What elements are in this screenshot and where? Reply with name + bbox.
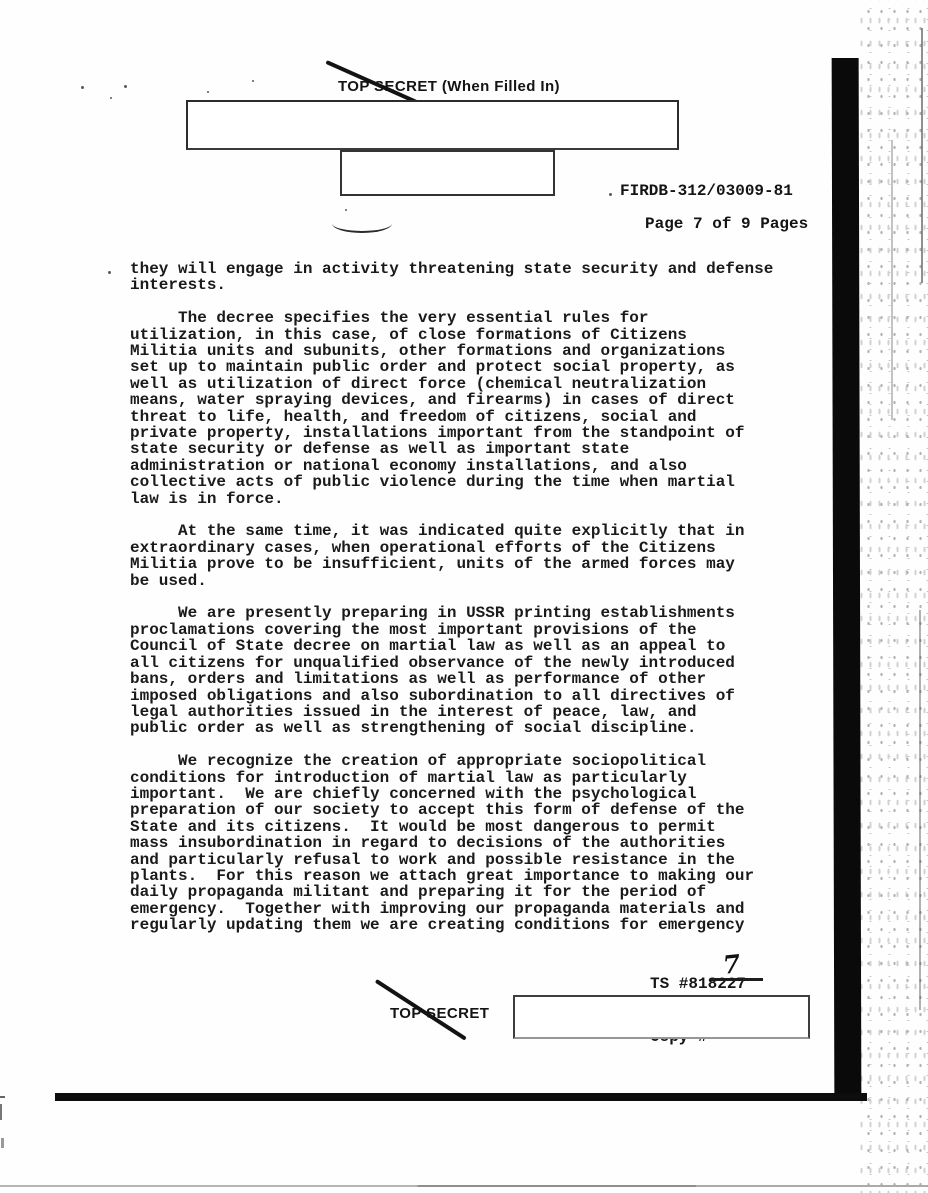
handwritten-curve-mark xyxy=(332,214,392,233)
footer-stamp-box xyxy=(513,995,810,1039)
copy-number-handwritten: 7 xyxy=(722,949,742,980)
bottom-rule-bar xyxy=(55,1093,867,1101)
document-page: TOP SECRET (When Filled In) FIRDB-312/03… xyxy=(0,0,928,1193)
paragraph-4: We are presently preparing in USSR print… xyxy=(130,605,805,736)
left-edge-mark xyxy=(1,1138,4,1148)
scan-speck xyxy=(345,209,347,211)
scan-speck xyxy=(609,193,612,196)
paragraph-5: We recognize the creation of appropriate… xyxy=(130,753,805,933)
redaction-box-small xyxy=(340,150,555,196)
scan-edge-line xyxy=(921,28,923,283)
scan-speck xyxy=(124,85,127,88)
document-number: FIRDB-312/03009-81 xyxy=(620,182,793,200)
scan-speck xyxy=(207,91,209,93)
scan-speck xyxy=(252,80,254,82)
paragraph-2: The decree specifies the very essential … xyxy=(130,310,805,507)
scan-speck xyxy=(108,271,111,274)
left-edge-mark xyxy=(0,1104,2,1120)
page-number-label: Page 7 of 9 Pages xyxy=(645,215,808,233)
scan-speck xyxy=(81,86,84,89)
document-body: they will engage in activity threatening… xyxy=(130,261,805,934)
paragraph-3: At the same time, it was indicated quite… xyxy=(130,523,805,589)
scan-edge-line xyxy=(891,140,893,420)
binding-bar xyxy=(832,58,862,1098)
scan-speck xyxy=(110,97,112,99)
bottom-scan-line xyxy=(0,1185,928,1187)
scan-edge-texture xyxy=(860,0,928,1193)
left-edge-mark xyxy=(0,1096,5,1098)
redaction-box-large xyxy=(186,100,679,150)
paragraph-1: they will engage in activity threatening… xyxy=(130,261,805,294)
scan-edge-line xyxy=(919,610,921,1010)
